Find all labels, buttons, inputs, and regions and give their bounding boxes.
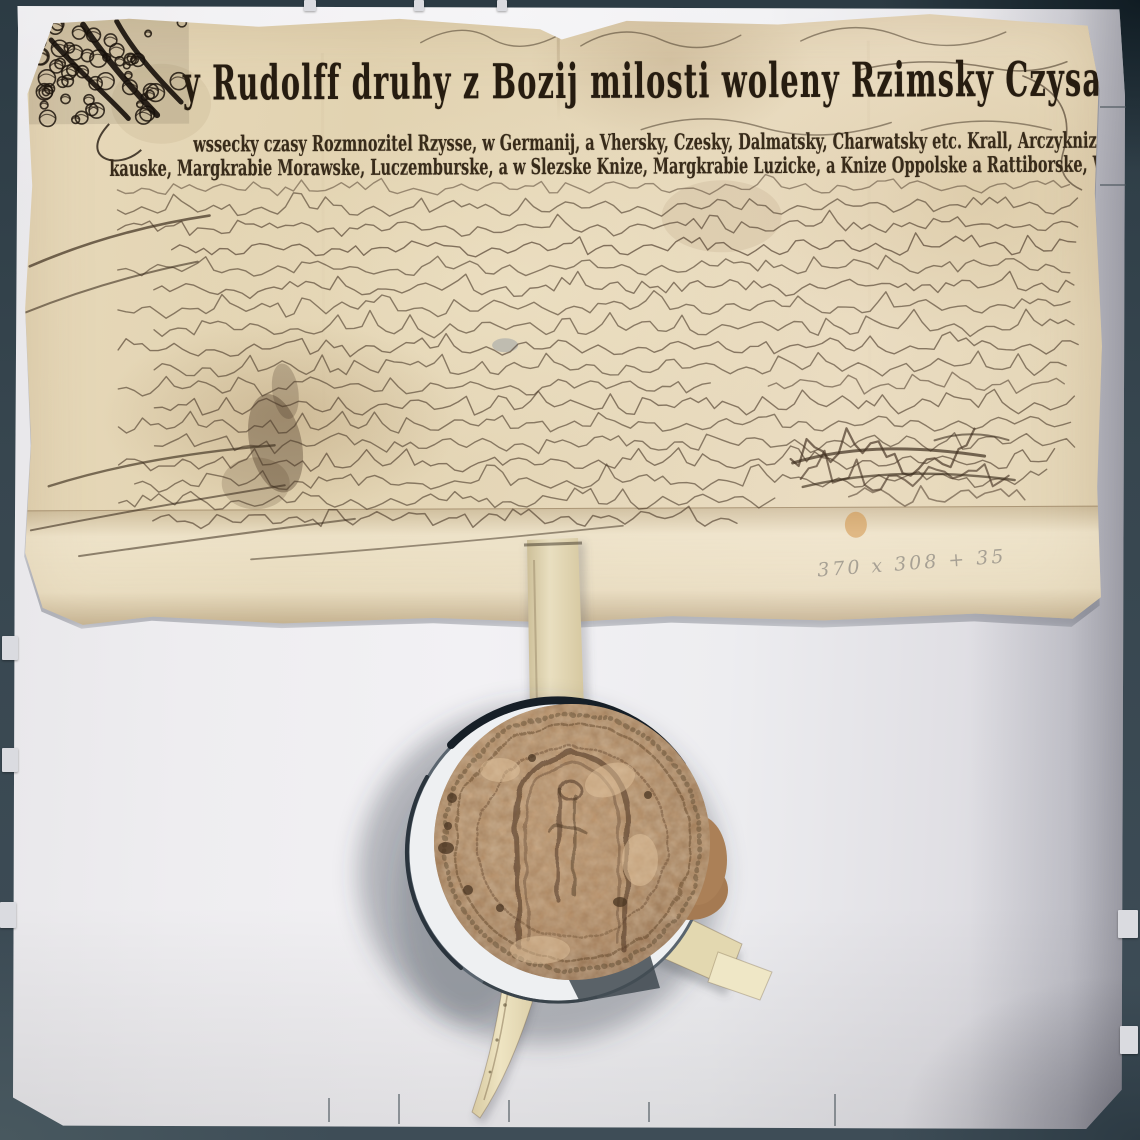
archive-photo-scene: y Rudolff druhy z Bozij milosti woleny R… [0,0,1140,1140]
seal-tag-upper [524,538,590,714]
pendant-seal-assembly [0,0,1140,1140]
